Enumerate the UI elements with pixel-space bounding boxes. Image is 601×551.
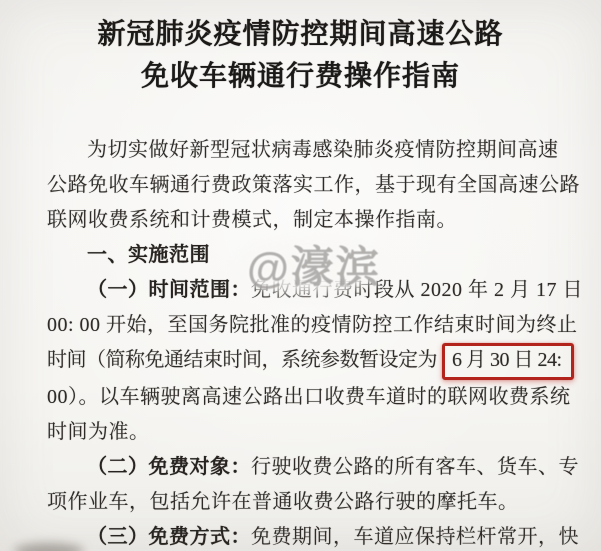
- item2-line2: 项作业车，包括允许在普通收费公路行驶的摩托车。: [47, 485, 565, 520]
- document-body: 为切实做好新型冠状病毒感染肺炎疫情防控期间高速 公路免收车辆通行费政策落实工作，…: [0, 133, 601, 551]
- item3-line1: （三）免费方式：免费期间，车道应保持栏杆常开，快: [47, 520, 565, 551]
- title-line-1: 新冠肺炎疫情防控期间高速公路: [0, 13, 601, 55]
- paragraph1-line1: 为切实做好新型冠状病毒感染肺炎疫情防控期间高速: [47, 133, 565, 168]
- item2-line1-text: 行驶收费公路的所有客车、货车、专: [251, 456, 579, 478]
- document-title: 新冠肺炎疫情防控期间高速公路 免收车辆通行费操作指南: [0, 0, 601, 97]
- title-line-2: 免收车辆通行费操作指南: [0, 55, 601, 97]
- item1-line4: 00）。以车辆驶离高速公路出口收费车道时的联网收费系统: [47, 380, 565, 415]
- document-photo: 新冠肺炎疫情防控期间高速公路 免收车辆通行费操作指南 为切实做好新型冠状病毒感染…: [0, 0, 601, 551]
- item1-label: （一）时间范围：: [87, 279, 251, 301]
- item1-line1: （一）时间范围：免收通行费时段从 2020 年 2 月 17 日: [47, 273, 565, 308]
- item3-line1-text: 免费期间，车道应保持栏杆常开，快: [251, 526, 579, 548]
- item1-line3: 时间（简称免通结束时间，系统参数暂设定为6 月 30 日 24:: [47, 343, 565, 380]
- paragraph1-line2: 公路免收车辆通行费政策落实工作，基于现有全国高速公路: [47, 168, 565, 203]
- item1-line3-text: 时间（简称免通结束时间，系统参数暂设定为: [47, 349, 437, 371]
- highlight-box: 6 月 30 日 24:: [442, 343, 574, 380]
- paragraph1-line3: 联网收费系统和计费模式，制定本操作指南。: [47, 203, 565, 238]
- item2-line1: （二）免费对象：行驶收费公路的所有客车、货车、专: [47, 450, 565, 485]
- item1-line1-text: 免收通行费时段从 2020 年 2 月 17 日: [251, 279, 583, 301]
- item1-line5: 时间为准。: [47, 415, 565, 450]
- item2-label: （二）免费对象：: [87, 456, 251, 478]
- item3-label: （三）免费方式：: [87, 526, 251, 548]
- item1-line2: 00: 00 开始，至国务院批准的疫情防控工作结束时间为终止: [47, 308, 565, 343]
- section-heading: 一、实施范围: [47, 238, 565, 273]
